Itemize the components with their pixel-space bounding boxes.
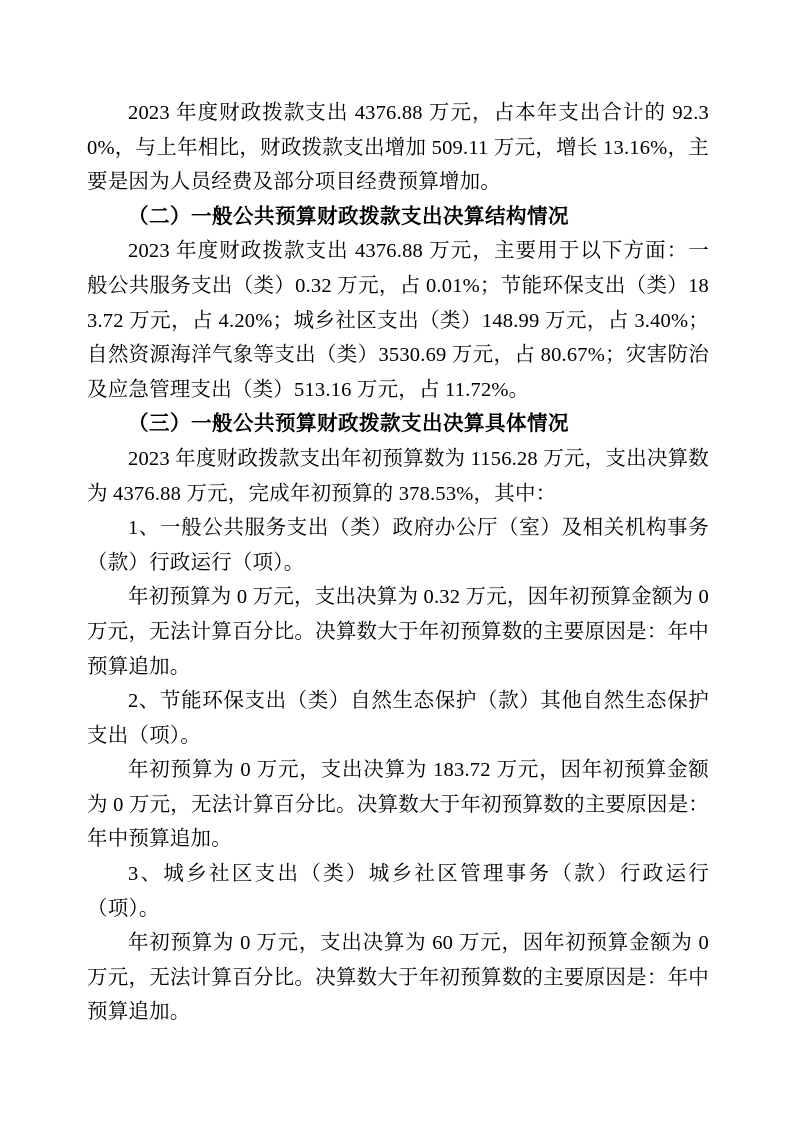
section-heading: （三）一般公共预算财政拨款支出决算具体情况 bbox=[87, 407, 709, 442]
paragraph: 年初预算为 0 万元，支出决算为 0.32 万元，因年初预算金额为 0 万元，无… bbox=[87, 580, 709, 684]
paragraph: 2023 年度财政拨款支出 4376.88 万元，主要用于以下方面：一般公共服务… bbox=[87, 234, 709, 407]
paragraph: 2、节能环保支出（类）自然生态保护（款）其他自然生态保护支出（项）。 bbox=[87, 684, 709, 753]
document-page: 2023 年度财政拨款支出 4376.88 万元，占本年支出合计的 92.30%… bbox=[0, 0, 793, 1122]
paragraph: 年初预算为 0 万元，支出决算为 60 万元，因年初预算金额为 0 万元，无法计… bbox=[87, 926, 709, 1030]
paragraph: 3、城乡社区支出（类）城乡社区管理事务（款）行政运行（项）。 bbox=[87, 857, 709, 926]
document-body: 2023 年度财政拨款支出 4376.88 万元，占本年支出合计的 92.30%… bbox=[87, 96, 709, 1030]
paragraph: 2023 年度财政拨款支出 4376.88 万元，占本年支出合计的 92.30%… bbox=[87, 96, 709, 200]
section-heading: （二）一般公共预算财政拨款支出决算结构情况 bbox=[87, 200, 709, 235]
paragraph: 1、一般公共服务支出（类）政府办公厅（室）及相关机构事务（款）行政运行（项）。 bbox=[87, 511, 709, 580]
paragraph: 年初预算为 0 万元，支出决算为 183.72 万元，因年初预算金额为 0 万元… bbox=[87, 753, 709, 857]
paragraph: 2023 年度财政拨款支出年初预算数为 1156.28 万元，支出决算数为 43… bbox=[87, 442, 709, 511]
